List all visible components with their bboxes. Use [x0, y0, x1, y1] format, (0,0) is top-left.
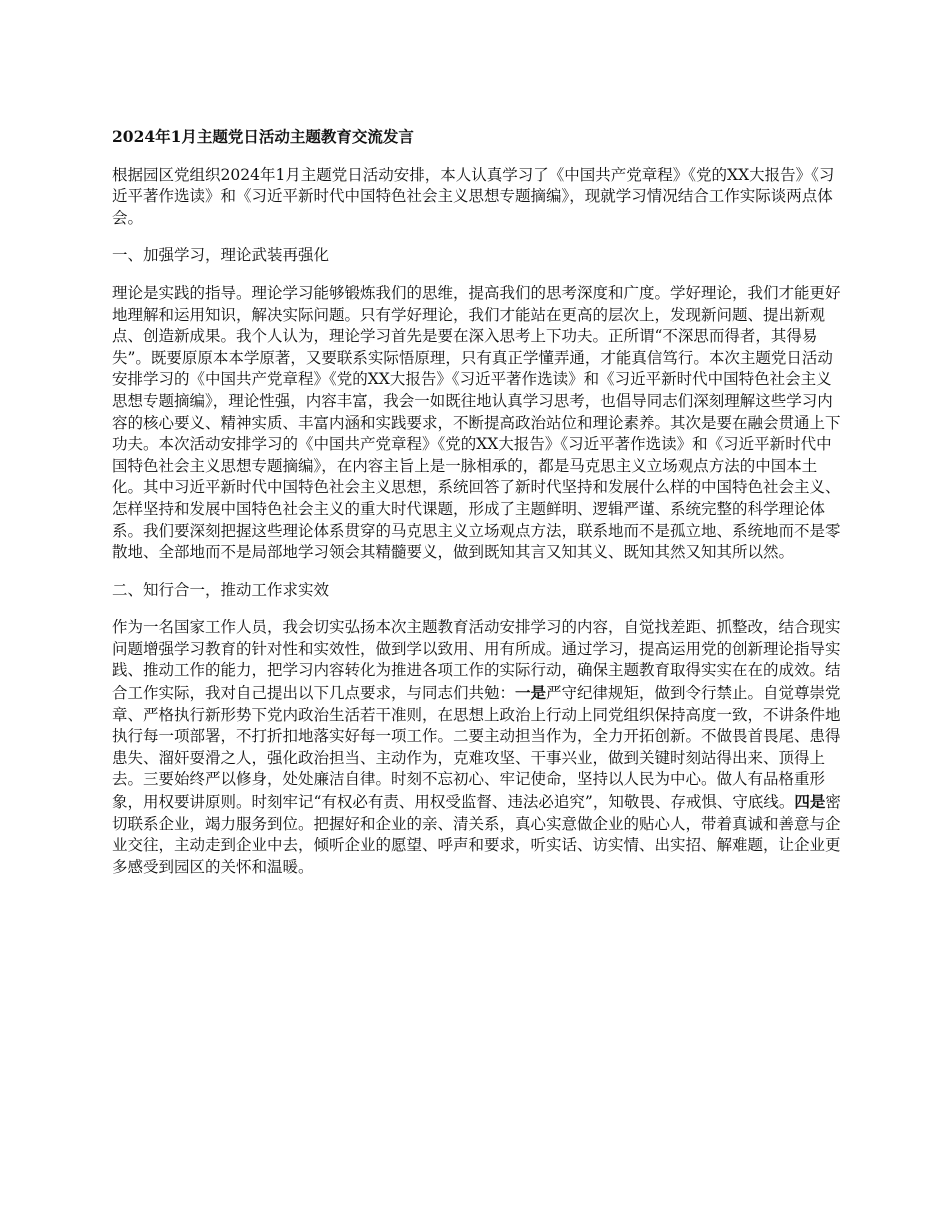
- bold-marker-fourth: 四是: [794, 792, 825, 811]
- document-title: 2024年1月主题党日活动主题教育交流发言: [112, 126, 842, 148]
- intro-paragraph: 根据园区党组织2024年1月主题党日活动安排，本人认真学习了《中国共产党章程》《…: [112, 165, 842, 230]
- section-2-text-part-2: 严守纪律规矩，做到令行禁止。自觉尊崇党章、严格执行新形势下党内政治生活若干准则，…: [112, 684, 841, 811]
- bold-marker-first: 一是: [515, 683, 546, 702]
- section-body-1: 理论是实践的指导。理论学习能够锻炼我们的思维，提高我们的思考深度和广度。学好理论…: [112, 283, 842, 564]
- section-heading-1: 一、加强学习，理论武装再强化: [112, 245, 842, 267]
- section-heading-2: 二、知行合一，推动工作求实效: [112, 580, 842, 602]
- section-body-2: 作为一名国家工作人员，我会切实弘扬本次主题教育活动安排学习的内容，自觉找差距、抓…: [112, 617, 842, 878]
- document-page: 2024年1月主题党日活动主题教育交流发言 根据园区党组织2024年1月主题党日…: [112, 126, 842, 894]
